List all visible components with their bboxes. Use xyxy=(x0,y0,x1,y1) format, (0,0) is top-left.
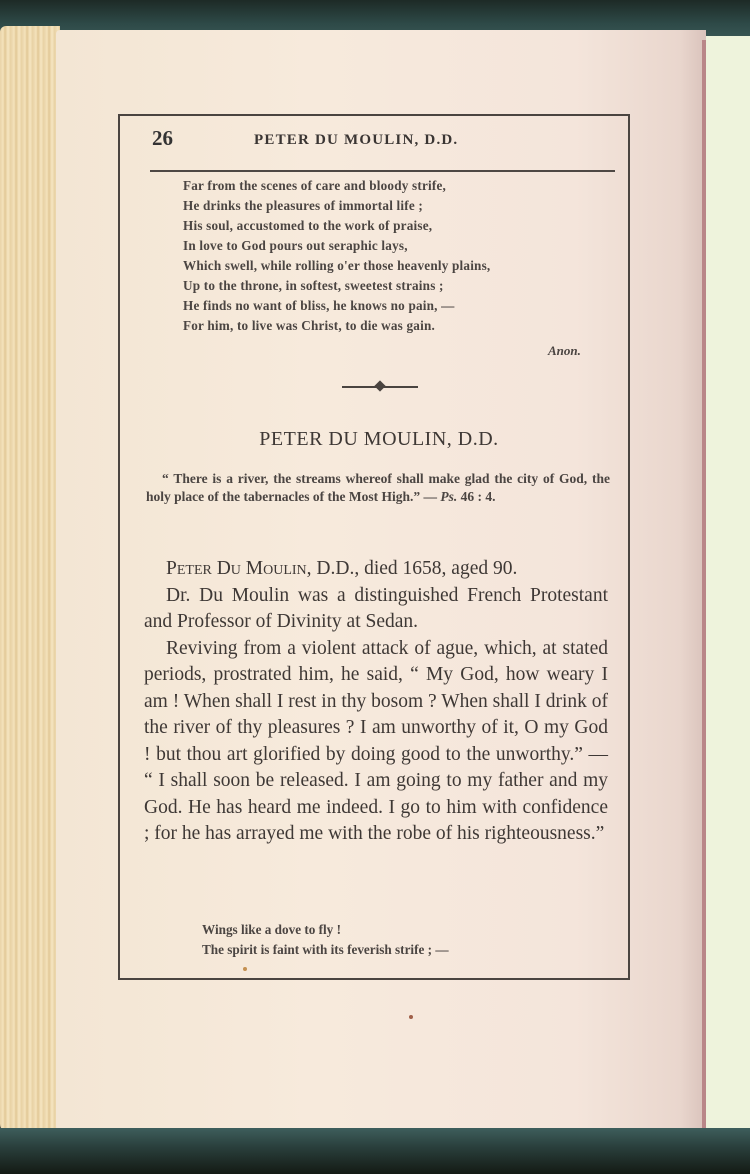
paper-spot xyxy=(243,967,247,971)
poem-line: He drinks the pleasures of immortal life… xyxy=(183,196,490,216)
intro-rest: , D.D., died 1658, aged 90. xyxy=(307,558,518,579)
paper-spot xyxy=(409,1015,413,1019)
epigraph-verse: 46 : 4. xyxy=(457,489,495,504)
paragraph-last-words: Reviving from a violent attack of ague, … xyxy=(144,636,608,848)
closing-poem: Wings like a dove to fly ! The spirit is… xyxy=(202,920,449,960)
running-head: PETER DU MOULIN, D.D. xyxy=(254,132,458,149)
poem-line: Wings like a dove to fly ! xyxy=(202,920,449,940)
poem-line: Which swell, while rolling o'er those he… xyxy=(183,256,490,276)
poem-line: Far from the scenes of care and bloody s… xyxy=(183,176,490,196)
poem-attribution: Anon. xyxy=(548,343,581,359)
paragraph-profession: Dr. Du Moulin was a distinguished French… xyxy=(144,583,608,636)
poem-line: The spirit is faint with its feverish st… xyxy=(202,940,449,960)
red-page-edge xyxy=(702,40,706,1130)
poem-line: In love to God pours out seraphic lays, xyxy=(183,236,490,256)
poem-line: Up to the throne, in softest, sweetest s… xyxy=(183,276,490,296)
page-stack-edge xyxy=(0,26,60,1134)
opening-poem: Far from the scenes of care and bloody s… xyxy=(183,176,490,336)
subject-name: Peter Du Moulin xyxy=(166,558,307,579)
header-rule xyxy=(150,170,615,172)
scripture-epigraph: “ There is a river, the streams whereof … xyxy=(146,470,610,506)
page-number: 26 xyxy=(152,126,173,151)
page-header: 26 PETER DU MOULIN, D.D. xyxy=(152,124,612,160)
poem-line: His soul, accustomed to the work of prai… xyxy=(183,216,490,236)
epigraph-book: Ps. xyxy=(440,489,457,504)
book-cover-bottom xyxy=(0,1128,750,1174)
paragraph-intro: Peter Du Moulin, D.D., died 1658, aged 9… xyxy=(144,556,608,583)
epigraph-text: “ There is a river, the streams whereof … xyxy=(146,471,610,504)
adjacent-page-edge xyxy=(700,36,750,1136)
section-title: PETER DU MOULIN, D.D. xyxy=(150,428,608,451)
section-divider-ornament-icon xyxy=(342,381,418,393)
poem-line: He finds no want of bliss, he knows no p… xyxy=(183,296,490,316)
biography-body: Peter Du Moulin, D.D., died 1658, aged 9… xyxy=(144,556,608,848)
poem-line: For him, to live was Christ, to die was … xyxy=(183,316,490,336)
